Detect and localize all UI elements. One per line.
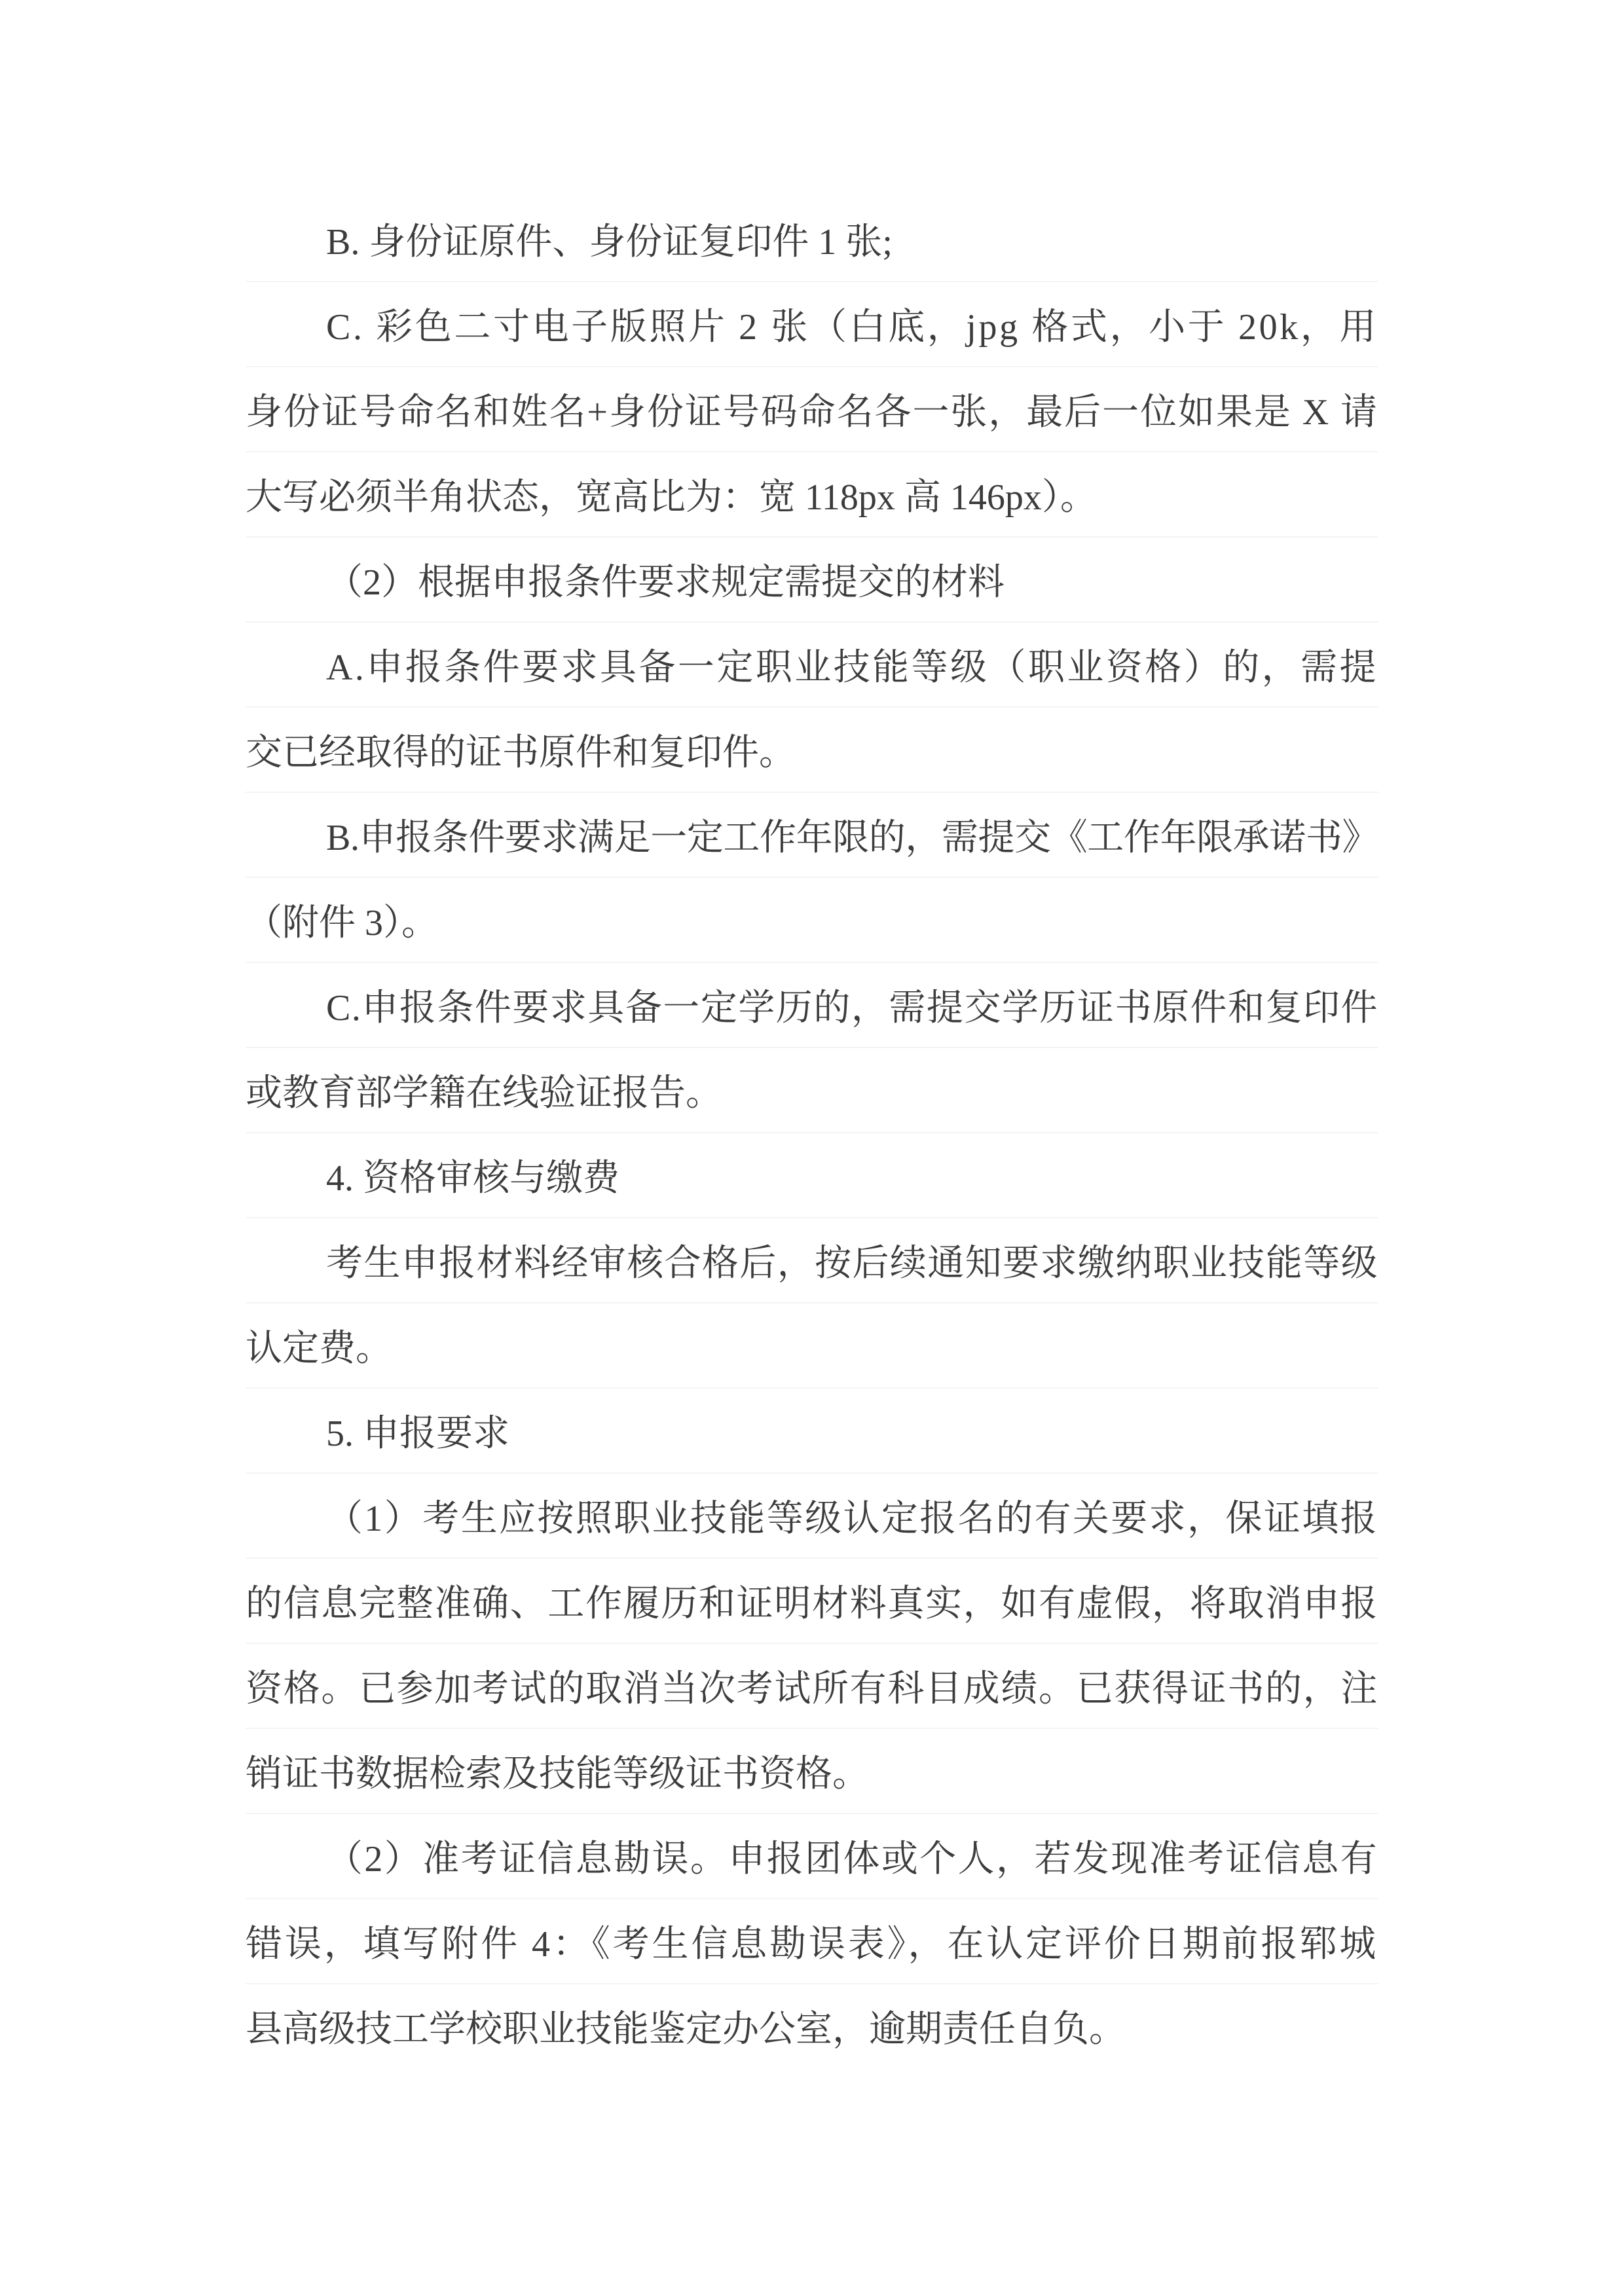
text-line-content: A.申报条件要求具备一定职业技能等级（职业资格）的，需提 bbox=[326, 625, 1378, 710]
text-line: 销证书数据检索及技能等级证书资格。 bbox=[246, 1732, 1378, 1817]
text-line-content: 的信息完整准确、工作履历和证明材料真实，如有虚假，将取消申报 bbox=[246, 1561, 1378, 1647]
text-line-content: 资格。已参加考试的取消当次考试所有科目成绩。已获得证书的，注 bbox=[246, 1647, 1378, 1732]
text-line: C.申报条件要求具备一定学历的，需提交学历证书原件和复印件 bbox=[246, 966, 1378, 1051]
document-page: B. 身份证原件、身份证复印件 1 张; C. 彩色二寸电子版照片 2 张（白底… bbox=[0, 0, 1624, 2296]
text-line: （2）根据申报条件要求规定需提交的材料 bbox=[246, 540, 1378, 625]
text-line-content: 或教育部学籍在线验证报告。 bbox=[246, 1051, 722, 1136]
text-line-content: （附件 3）。 bbox=[246, 881, 438, 966]
text-line: 认定费。 bbox=[246, 1306, 1378, 1391]
text-line: （1）考生应按照职业技能等级认定报名的有关要求，保证填报 bbox=[246, 1476, 1378, 1561]
text-line-content: 大写必须半角状态，宽高比为：宽 118px 高 146px）。 bbox=[246, 455, 1097, 540]
text-line: B.申报条件要求满足一定工作年限的，需提交《工作年限承诺书》 bbox=[246, 795, 1378, 881]
text-line-content: （2）根据申报条件要求规定需提交的材料 bbox=[326, 540, 1005, 625]
text-line-content: 县高级技工学校职业技能鉴定办公室，逾期责任自负。 bbox=[246, 1987, 1126, 2072]
text-line-content: （2）准考证信息勘误。申报团体或个人，若发现准考证信息有 bbox=[326, 1817, 1378, 1902]
text-line: 的信息完整准确、工作履历和证明材料真实，如有虚假，将取消申报 bbox=[246, 1561, 1378, 1647]
text-line: 大写必须半角状态，宽高比为：宽 118px 高 146px）。 bbox=[246, 455, 1378, 540]
text-line-content: 考生申报材料经审核合格后，按后续通知要求缴纳职业技能等级 bbox=[326, 1221, 1378, 1306]
text-line: A.申报条件要求具备一定职业技能等级（职业资格）的，需提 bbox=[246, 625, 1378, 710]
text-line: 资格。已参加考试的取消当次考试所有科目成绩。已获得证书的，注 bbox=[246, 1647, 1378, 1732]
text-line: 考生申报材料经审核合格后，按后续通知要求缴纳职业技能等级 bbox=[246, 1221, 1378, 1306]
text-line: 错误，填写附件 4：《考生信息勘误表》，在认定评价日期前报郓城 bbox=[246, 1902, 1378, 1987]
text-line-content: 销证书数据检索及技能等级证书资格。 bbox=[246, 1732, 869, 1817]
text-line: 或教育部学籍在线验证报告。 bbox=[246, 1051, 1378, 1136]
text-line-content: C. 彩色二寸电子版照片 2 张（白底，jpg 格式，小于 20k，用 bbox=[326, 285, 1378, 370]
text-line-content: 错误，填写附件 4：《考生信息勘误表》，在认定评价日期前报郓城 bbox=[246, 1902, 1378, 1987]
text-line: 4. 资格审核与缴费 bbox=[246, 1136, 1378, 1221]
document-body: B. 身份证原件、身份证复印件 1 张; C. 彩色二寸电子版照片 2 张（白底… bbox=[246, 200, 1378, 2072]
text-line-content: 认定费。 bbox=[246, 1306, 392, 1391]
text-line: 交已经取得的证书原件和复印件。 bbox=[246, 710, 1378, 795]
text-line-content: 交已经取得的证书原件和复印件。 bbox=[246, 710, 796, 795]
text-line-content: （1）考生应按照职业技能等级认定报名的有关要求，保证填报 bbox=[326, 1476, 1378, 1561]
text-line: B. 身份证原件、身份证复印件 1 张; bbox=[246, 200, 1378, 285]
text-line: 县高级技工学校职业技能鉴定办公室，逾期责任自负。 bbox=[246, 1987, 1378, 2072]
text-line: C. 彩色二寸电子版照片 2 张（白底，jpg 格式，小于 20k，用 bbox=[246, 285, 1378, 370]
text-line-content: C.申报条件要求具备一定学历的，需提交学历证书原件和复印件 bbox=[326, 966, 1378, 1051]
text-line-content: 身份证号命名和姓名+身份证号码命名各一张，最后一位如果是 X 请 bbox=[246, 370, 1378, 455]
text-line: 5. 申报要求 bbox=[246, 1391, 1378, 1476]
text-line: （附件 3）。 bbox=[246, 881, 1378, 966]
text-line: （2）准考证信息勘误。申报团体或个人，若发现准考证信息有 bbox=[246, 1817, 1378, 1902]
text-line: 身份证号命名和姓名+身份证号码命名各一张，最后一位如果是 X 请 bbox=[246, 370, 1378, 455]
text-line-content: 5. 申报要求 bbox=[326, 1391, 509, 1476]
text-line-content: 4. 资格审核与缴费 bbox=[326, 1136, 619, 1221]
text-line-content: B.申报条件要求满足一定工作年限的，需提交《工作年限承诺书》 bbox=[326, 795, 1378, 881]
text-line-content: B. 身份证原件、身份证复印件 1 张; bbox=[326, 200, 893, 285]
